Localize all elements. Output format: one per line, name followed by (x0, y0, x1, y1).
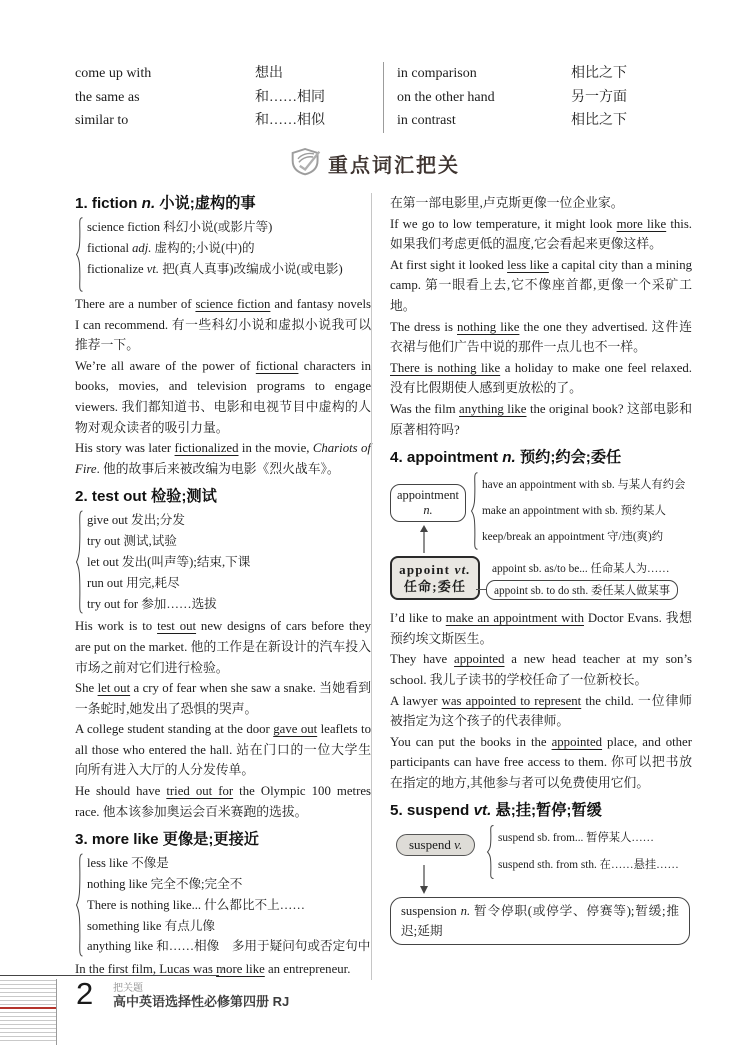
phrase-cn: 想出 (255, 62, 283, 86)
phrase-en: in contrast (397, 109, 571, 133)
main-content: 1. fiction n. 小说;虚构的事 science fiction 科幻… (75, 193, 692, 980)
phrase-row: on the other hand 另一方面 (397, 86, 691, 110)
page-number: 2 (76, 976, 93, 1012)
word-box-suspension: suspension n. 暂令停职(或停学、停赛等);暂缓;推迟;延期 (390, 897, 690, 945)
banner-title: 重点词汇把关 (328, 149, 460, 178)
word-box-appointment: appointment n. (390, 484, 466, 522)
collocation-list: suspend sb. from... 暂停某人…… suspend sth. … (486, 825, 679, 879)
collocation-item: fictional adj. 虚构的;小说(中)的 (87, 238, 371, 259)
example-sentence: There are a number of science fiction an… (75, 294, 371, 356)
left-column: 1. fiction n. 小说;虚构的事 science fiction 科幻… (75, 193, 371, 980)
phrase-row: the same as 和……相同 (75, 86, 383, 110)
brace-icon (75, 853, 84, 957)
collocation-item: nothing like 完全不像;完全不 (87, 874, 371, 895)
example-sentence: The dress is nothing like the one they a… (390, 317, 692, 358)
example-sentence: He should have tried out for the Olympic… (75, 781, 371, 822)
phrase-row: in contrast 相比之下 (397, 109, 691, 133)
phrase-cn: 另一方面 (571, 86, 627, 110)
phrase-cn: 和……相似 (255, 109, 325, 133)
footer-red-stripe (0, 1007, 56, 1009)
example-sentence: She let out a cry of fear when she saw a… (75, 678, 371, 719)
collocation-item: fictionalize vt. 把(真人真事)改编成小说(或电影) (87, 259, 371, 280)
word-box-line: n. (391, 503, 465, 518)
footer-vertical-line (56, 979, 57, 1045)
brace-icon (486, 825, 495, 879)
footer-book-title: 高中英语选择性必修第四册 RJ (113, 991, 289, 1010)
collocation-item: let out 发出(叫声等);结束,下课 (87, 552, 371, 573)
phrase-cn: 相比之下 (571, 109, 627, 133)
example-sentence: If we go to low temperature, it might lo… (390, 214, 692, 255)
collocation-item: appoint sb. as/to be... 任命某人为…… (492, 560, 670, 576)
example-sentence: His story was later fictionalized in the… (75, 438, 371, 479)
phrase-row: similar to 和……相似 (75, 109, 383, 133)
phrase-table: come up with 想出 the same as 和……相同 simila… (75, 62, 691, 133)
phrase-en: similar to (75, 109, 255, 133)
example-sentence: His work is to test out new designs of c… (75, 616, 371, 678)
right-column: 在第一部电影里,卢克斯更像一位企业家。 If we go to low temp… (371, 193, 692, 980)
section-4-heading: 4. appointment n. 预约;约会;委任 (390, 447, 692, 468)
section-2-heading: 2. test out 检验;测试 (75, 486, 371, 507)
example-sentence: They have appointed a new head teacher a… (390, 649, 692, 690)
phrase-table-left: come up with 想出 the same as 和……相同 simila… (75, 62, 383, 133)
section-3-heading: 3. more like 更像是;更接近 (75, 829, 371, 850)
collocation-item: give out 发出;分发 (87, 510, 371, 531)
phrase-row: in comparison 相比之下 (397, 62, 691, 86)
example-sentence: You can put the books in the appointed p… (390, 732, 692, 794)
footer-stripes (0, 980, 56, 1044)
collocation-list: less like 不像是 nothing like 完全不像;完全不 Ther… (75, 853, 371, 957)
collocation-list: have an appointment with sb. 与某人有约会 make… (470, 472, 685, 550)
phrase-row: come up with 想出 (75, 62, 383, 86)
example-sentence: There is nothing like a holiday to make … (390, 358, 692, 399)
collocation-list: give out 发出;分发 try out 测试,试验 let out 发出(… (75, 510, 371, 614)
phrase-cn: 和……相同 (255, 86, 325, 110)
phrase-table-right: in comparison 相比之下 on the other hand 另一方… (383, 62, 691, 133)
footer-rule (0, 975, 219, 976)
collocation-item: science fiction 科幻小说(或影片等) (87, 217, 371, 238)
collocation-pill: appoint sb. to do sth. 委任某人做某事 (486, 580, 678, 600)
collocation-item: anything like 和……相像 多用于疑问句或否定句中 (87, 936, 371, 957)
brace-icon (75, 217, 84, 292)
collocation-item: less like 不像是 (87, 853, 371, 874)
phrase-en: the same as (75, 86, 255, 110)
derivation-arrow-down-icon (418, 865, 430, 900)
collocation-item: something like 有点儿像 (87, 916, 371, 937)
brace-icon (470, 472, 479, 550)
collocation-item: There is nothing like... 什么都比不上…… (87, 895, 371, 916)
collocation-item: suspend sb. from... 暂停某人…… (498, 825, 679, 852)
phrase-en: on the other hand (397, 86, 571, 110)
footer-dots: ● ● ● (196, 965, 227, 973)
word-box-suspend: suspend v. (396, 834, 475, 856)
shield-pages-icon (290, 146, 322, 181)
brace-icon (75, 510, 84, 614)
textbook-page: come up with 想出 the same as 和……相同 simila… (0, 0, 750, 1045)
collocation-item: try out for 参加……选拔 (87, 594, 371, 615)
example-sentence: Was the film anything like the original … (390, 399, 692, 440)
example-sentence: At first sight it looked less like a cap… (390, 255, 692, 317)
word-box-line: 任命;委任 (392, 578, 478, 595)
appointment-word-diagram: appointment n. have an appointment with … (390, 472, 692, 602)
section-1-heading: 1. fiction n. 小说;虚构的事 (75, 193, 371, 214)
word-box-line: appointment (391, 488, 465, 503)
phrase-en: come up with (75, 62, 255, 86)
collocation-item: have an appointment with sb. 与某人有约会 (482, 472, 685, 498)
example-sentence: I’d like to make an appointment with Doc… (390, 608, 692, 649)
section-banner: 重点词汇把关 (0, 146, 750, 181)
phrase-cn: 相比之下 (571, 62, 627, 86)
collocation-item: run out 用完,耗尽 (87, 573, 371, 594)
suspend-word-diagram: suspend v. suspend sb. from... 暂停某人…… su… (390, 825, 692, 949)
example-sentence: A college student standing at the door g… (75, 719, 371, 781)
example-sentence: A lawyer was appointed to represent the … (390, 691, 692, 732)
phrase-en: in comparison (397, 62, 571, 86)
example-sentence: 在第一部电影里,卢克斯更像一位企业家。 (390, 193, 692, 214)
collocation-item: make an appointment with sb. 预约某人 (482, 498, 685, 524)
example-sentence: We’re all aware of the power of fictiona… (75, 356, 371, 438)
collocation-item: try out 测试,试验 (87, 531, 371, 552)
collocation-item: suspend sth. from sth. 在……悬挂…… (498, 852, 679, 879)
word-box-line: appoint vt. (392, 561, 478, 578)
collocation-item: keep/break an appointment 守/违(爽)约 (482, 524, 685, 550)
derivation-arrow-up-icon (418, 524, 430, 559)
connector-line (476, 589, 486, 590)
word-box-appoint: appoint vt. 任命;委任 (390, 556, 480, 600)
collocation-list: science fiction 科幻小说(或影片等) fictional adj… (75, 217, 371, 292)
section-5-heading: 5. suspend vt. 悬;挂;暂停;暂缓 (390, 800, 692, 821)
